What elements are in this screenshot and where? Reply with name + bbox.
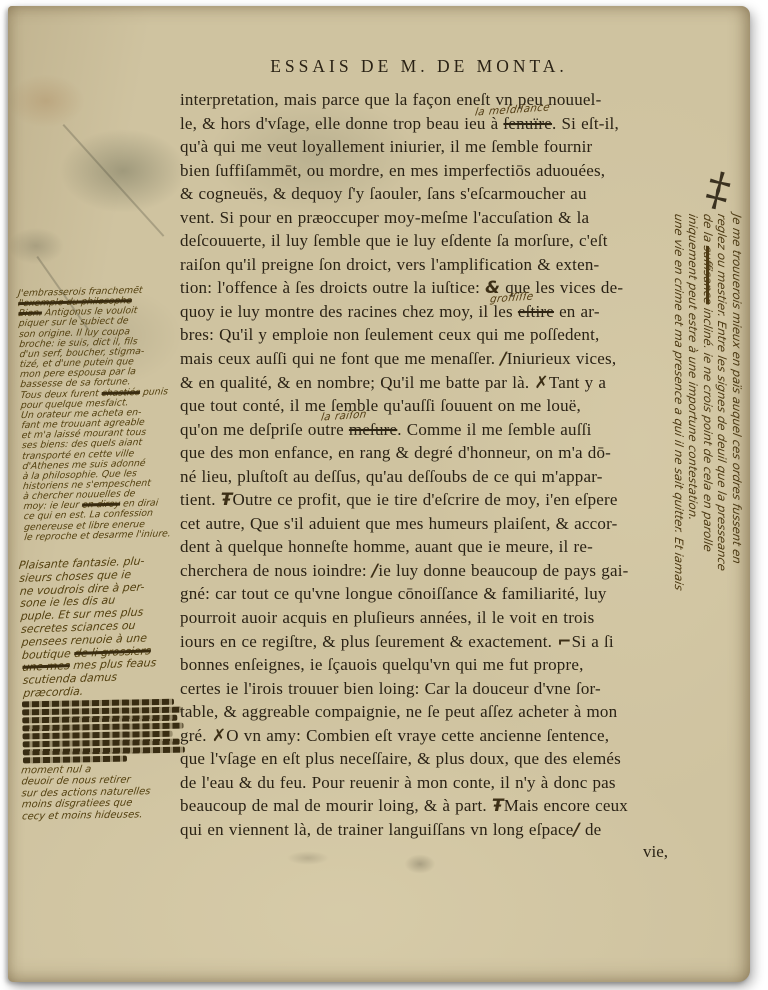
text-segment: iniquement peut estre à une importune co… — [686, 213, 700, 522]
text-segment: cherchera de nous ioindre: — [180, 561, 372, 580]
text-segment: . Comme il me ſemble auſſi — [397, 420, 591, 439]
printed-line: & cogneuës, & dequoy ſ'y ſaouler, ſans s… — [180, 184, 668, 208]
text-segment: O vn amy: Combien eſt vraye cette ancien… — [226, 726, 609, 745]
printed-line: né lieu, pluſtoſt au deſſus, qu'au deſſo… — [180, 467, 668, 491]
text-segment: & en qualité, & en nombre; Qu'il me batt… — [180, 373, 534, 392]
text-segment: que l'vſage en eſt plus neceſſaire, & pl… — [180, 749, 621, 768]
printed-line: bien ſuffiſammēt, ou mordre, en mes impe… — [180, 161, 668, 185]
ink-mark: Ŧ — [492, 796, 504, 816]
text-segment: deſcouuerte, il luy ſemble que ie luy eſ… — [180, 231, 608, 250]
printed-line: quoy ie luy montre des racines chez moy,… — [180, 302, 668, 326]
text-segment: le, & hors d'vſage, elle donne trop beau… — [180, 114, 503, 133]
text-segment: Iniurieux vices, — [507, 349, 617, 368]
printed-line: qu'à qui me veut loyallement iniurier, i… — [180, 137, 668, 161]
printed-line: iours en ce regiſtre, & plus ſeurement &… — [180, 632, 668, 656]
text-segment: de l'eau & du feu. Pour reuenir à mon co… — [180, 773, 616, 792]
printed-line: que l'vſage en eſt plus neceſſaire, & pl… — [180, 749, 668, 773]
text-segment: præcordia. — [23, 685, 84, 700]
printed-line: deſcouuerte, il luy ſemble que ie luy eſ… — [180, 231, 668, 255]
text-segment: de la — [701, 213, 715, 247]
text-segment: né lieu, pluſtoſt au deſſus, qu'au deſſo… — [180, 467, 603, 486]
ink-mark: ✗ — [534, 373, 548, 393]
printed-line: gré. ✗O vn amy: Combien eſt vraye cette … — [180, 726, 668, 750]
text-segment: gré. — [180, 726, 212, 745]
printed-line: que des mon enfance, en rang & degré d'h… — [180, 443, 668, 467]
printed-line: tion: l'offence à ſes droicts outre la i… — [180, 278, 668, 302]
text-segment: une vie en crime et ma presence a qui il… — [672, 213, 686, 592]
struck-word: suffisance — [701, 245, 715, 306]
marginalia-line: reglez ou mestier. Entre les signes de d… — [715, 213, 730, 756]
printed-line: que tout conté, il me ſemble qu'auſſi ſo… — [180, 396, 668, 420]
text-segment: pourroit auoir acquis en pluſieurs année… — [180, 608, 595, 627]
printed-line: de l'eau & du feu. Pour reuenir à mon co… — [180, 773, 668, 797]
text-segment: moins disgratiees que — [21, 798, 133, 811]
printed-line: qui en viennent là, de trainer languiſſa… — [180, 820, 668, 844]
text-segment: Si a ſi — [572, 632, 614, 651]
text-segment: quoy ie luy montre des racines chez moy,… — [180, 302, 518, 321]
printed-line: cherchera de nous ioindre: ∕ie luy donne… — [180, 561, 668, 585]
scribbled-out-line — [22, 699, 174, 708]
text-segment: bien ſuffiſammēt, ou mordre, en mes impe… — [180, 161, 605, 180]
printed-line: table, & aggreable compaignie, ne ſe peu… — [180, 702, 668, 726]
printed-line: pourroit auoir acquis en pluſieurs année… — [180, 608, 668, 632]
printed-line: bonnes enſeignes, ie ſçauois quelqu'vn q… — [180, 655, 668, 679]
marginalia-line: une vie en crime et ma presence a qui il… — [671, 213, 686, 756]
printed-line: vent. Si pour en præoccuper moy-meſme l'… — [180, 208, 668, 232]
printed-line: cet autre, Que s'il aduient que mes hume… — [180, 514, 668, 538]
text-segment: dent à quelque honneſte homme, auant que… — [180, 537, 593, 556]
text-segment: beaucoup de mal de mourir loing, & à par… — [180, 796, 492, 815]
text-segment: reglez ou mestier. Entre les signes de d… — [715, 213, 729, 572]
scribbled-out-line — [23, 747, 185, 756]
text-segment: mais ceux auſſi qui ne font que me menaſ… — [180, 349, 500, 368]
printed-text-block: interpretation, mais parce que la façon … — [180, 90, 668, 844]
screenshot-root: { "page": { "header": "ESSAIS DE M. DE M… — [0, 0, 768, 990]
text-segment: gné: car tout ce qu'vne longue cōnoiſſan… — [180, 584, 607, 603]
printed-line: dent à quelque honneſte homme, auant que… — [180, 537, 668, 561]
marginalia-line: de la suffisance incliné. ie ne crois po… — [700, 213, 715, 756]
text-segment: Mais encore ceux — [504, 796, 628, 815]
marginalia-right-vertical: Je me trouuerois mieux en païs auquel ce… — [668, 214, 744, 754]
printed-line: le, & hors d'vſage, elle donne trop beau… — [180, 114, 668, 138]
printed-line: raiſon qu'il preigne ſon droict, vers l'… — [180, 255, 668, 279]
marginalia-left-block-2: Plaisante fantasie. plu-sieurs choses qu… — [19, 554, 187, 700]
text-segment: vent. Si pour en præoccuper moy-meſme l'… — [180, 208, 589, 227]
text-segment: tion: l'offence à ſes droicts outre la i… — [180, 278, 485, 297]
catchword: vie, — [180, 842, 668, 862]
printed-line: interpretation, mais parce que la façon … — [180, 90, 668, 114]
printed-line: gné: car tout ce qu'vne longue cōnoiſſan… — [180, 584, 668, 608]
ink-mark: ⌐ — [557, 632, 571, 652]
marginalia-line: Je me trouuerois mieux en païs auquel ce… — [729, 213, 744, 756]
text-segment: Tant y a — [549, 373, 606, 392]
scribbled-out-line — [23, 731, 173, 740]
text-segment: Outre ce profit, que ie tire d'eſcrire d… — [233, 490, 618, 509]
marginalia-line: cecy et moins hideuses. — [21, 808, 185, 822]
text-segment: en ar- — [554, 302, 600, 321]
paper-scratch — [63, 124, 165, 237]
printed-line: beaucoup de mal de mourir loing, & à par… — [180, 796, 668, 820]
text-segment: qui en viennent là, de trainer languiſſa… — [180, 820, 574, 839]
text-segment: cecy et moins hideuses. — [21, 809, 143, 822]
struck-word: meſure — [349, 420, 397, 439]
text-segment: cet autre, Que s'il aduient que mes hume… — [180, 514, 617, 533]
printed-line: tient. ŦOutre ce profit, que ie tire d'e… — [180, 490, 668, 514]
printed-line: mais ceux auſſi qui ne font que me menaſ… — [180, 349, 668, 373]
text-segment: raiſon qu'il preigne ſon droict, vers l'… — [180, 255, 599, 274]
text-segment: bres: Qu'il y emploie non ſeulement ceux… — [180, 325, 599, 344]
text-segment: Je me trouuerois mieux en païs auquel ce… — [730, 213, 744, 565]
printed-line: bres: Qu'il y emploie non ſeulement ceux… — [180, 325, 668, 349]
marginalia-line: le reproche et desarme l'iniure. — [24, 529, 188, 543]
marginalia-left-block-1: J'embrasserois franchemētl'exemple du ph… — [18, 285, 188, 543]
text-segment: ie luy donne beaucoup de pays gai- — [378, 561, 628, 580]
printed-line: & en qualité, & en nombre; Qu'il me batt… — [180, 373, 668, 397]
text-segment: de — [580, 820, 602, 839]
text-segment: iours en ce regiſtre, & plus ſeurement &… — [180, 632, 557, 651]
scribbled-out-line — [23, 756, 127, 764]
text-segment: punis — [139, 386, 168, 398]
text-segment: table, & aggreable compaignie, ne ſe peu… — [180, 702, 617, 721]
book-page: ESSAIS DE M. DE MONTA. ‡ interpretation,… — [8, 6, 750, 982]
text-segment: . Si eſt-il, — [552, 114, 619, 133]
text-segment: & cogneuës, & dequoy ſ'y ſaouler, ſans s… — [180, 184, 587, 203]
struck-word: eſtire — [518, 302, 554, 321]
text-segment: bonnes enſeignes, ie ſçauois quelqu'vn q… — [180, 655, 584, 674]
running-title: ESSAIS DE M. DE MONTA. — [172, 56, 666, 77]
ink-mark: Ŧ — [221, 490, 233, 510]
double-dagger-mark-icon: ‡ — [702, 164, 735, 214]
text-segment: que tout conté, il me ſemble qu'auſſi ſo… — [180, 396, 581, 415]
text-segment: que des mon enfance, en rang & degré d'h… — [180, 443, 611, 462]
text-segment: incliné. ie ne crois point de cela en pa… — [701, 303, 715, 553]
ink-mark: ✗ — [212, 726, 226, 746]
text-segment: certes ie l'irois trouuer bien loing: Ca… — [180, 679, 601, 698]
marginalia-left-block-3: moment nul adeuoir de nous retirersur de… — [20, 699, 185, 823]
struck-word: ſenuïre — [503, 114, 552, 133]
printed-line: certes ie l'irois trouuer bien loing: Ca… — [180, 679, 668, 703]
marginalia-line: iniquement peut estre à une importune co… — [686, 213, 701, 756]
printed-line: qu'on me deſpriſe outre la raiſonmeſure.… — [180, 420, 668, 444]
text-segment: qu'à qui me veut loyallement iniurier, i… — [180, 137, 592, 156]
